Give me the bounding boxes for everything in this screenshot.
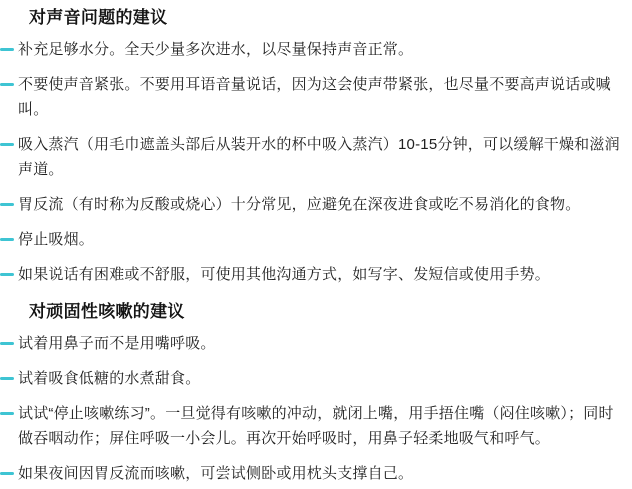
list-item-text: 如果夜间因胃反流而咳嗽，可尝试侧卧或用枕头支撑自己。 [18, 461, 628, 486]
advice-document: 对声音问题的建议 补充足够水分。全天少量多次进水，以尽量保持声音正常。 不要使声… [0, 0, 632, 486]
dash-bullet-icon [0, 83, 14, 86]
dash-bullet-icon [0, 472, 14, 475]
list-item: 如果夜间因胃反流而咳嗽，可尝试侧卧或用枕头支撑自己。 [0, 461, 628, 486]
dash-bullet-icon [0, 143, 14, 146]
section-voice-advice: 对声音问题的建议 补充足够水分。全天少量多次进水，以尽量保持声音正常。 不要使声… [0, 6, 628, 287]
list-item-text: 胃反流（有时称为反酸或烧心）十分常见，应避免在深夜进食或吃不易消化的食物。 [18, 192, 628, 217]
list-item: 试着用鼻子而不是用嘴呼吸。 [0, 331, 628, 356]
dash-bullet-icon [0, 238, 14, 241]
list-item: 吸入蒸汽（用毛巾遮盖头部后从装开水的杯中吸入蒸汽）10-15分钟，可以缓解干燥和… [0, 132, 628, 182]
dash-bullet-icon [0, 412, 14, 415]
list-item-text: 不要使声音紧张。不要用耳语音量说话，因为这会使声带紧张，也尽量不要高声说话或喊叫… [18, 72, 628, 122]
section-cough-advice: 对顽固性咳嗽的建议 试着用鼻子而不是用嘴呼吸。 试着吸食低糖的水煮甜食。 试试“… [0, 300, 628, 486]
list-item: 试试“停止咳嗽练习”。一旦觉得有咳嗽的冲动，就闭上嘴，用手捂住嘴（闷住咳嗽）；同… [0, 401, 628, 451]
dash-bullet-icon [0, 377, 14, 380]
list-item: 不要使声音紧张。不要用耳语音量说话，因为这会使声带紧张，也尽量不要高声说话或喊叫… [0, 72, 628, 122]
dash-bullet-icon [0, 273, 14, 276]
list-item-text: 如果说话有困难或不舒服，可使用其他沟通方式，如写字、发短信或使用手势。 [18, 262, 628, 287]
list-item-text: 试试“停止咳嗽练习”。一旦觉得有咳嗽的冲动，就闭上嘴，用手捂住嘴（闷住咳嗽）；同… [18, 401, 628, 451]
list-item: 补充足够水分。全天少量多次进水，以尽量保持声音正常。 [0, 37, 628, 62]
cough-advice-heading: 对顽固性咳嗽的建议 [29, 300, 628, 324]
list-item-text: 试着用鼻子而不是用嘴呼吸。 [18, 331, 628, 356]
dash-bullet-icon [0, 342, 14, 345]
voice-advice-heading: 对声音问题的建议 [29, 6, 628, 30]
list-item: 试着吸食低糖的水煮甜食。 [0, 366, 628, 391]
list-item-text: 吸入蒸汽（用毛巾遮盖头部后从装开水的杯中吸入蒸汽）10-15分钟，可以缓解干燥和… [18, 132, 628, 182]
list-item-text: 补充足够水分。全天少量多次进水，以尽量保持声音正常。 [18, 37, 628, 62]
list-item: 如果说话有困难或不舒服，可使用其他沟通方式，如写字、发短信或使用手势。 [0, 262, 628, 287]
list-item: 胃反流（有时称为反酸或烧心）十分常见，应避免在深夜进食或吃不易消化的食物。 [0, 192, 628, 217]
dash-bullet-icon [0, 203, 14, 206]
list-item: 停止吸烟。 [0, 227, 628, 252]
list-item-text: 停止吸烟。 [18, 227, 628, 252]
list-item-text: 试着吸食低糖的水煮甜食。 [18, 366, 628, 391]
dash-bullet-icon [0, 48, 14, 51]
